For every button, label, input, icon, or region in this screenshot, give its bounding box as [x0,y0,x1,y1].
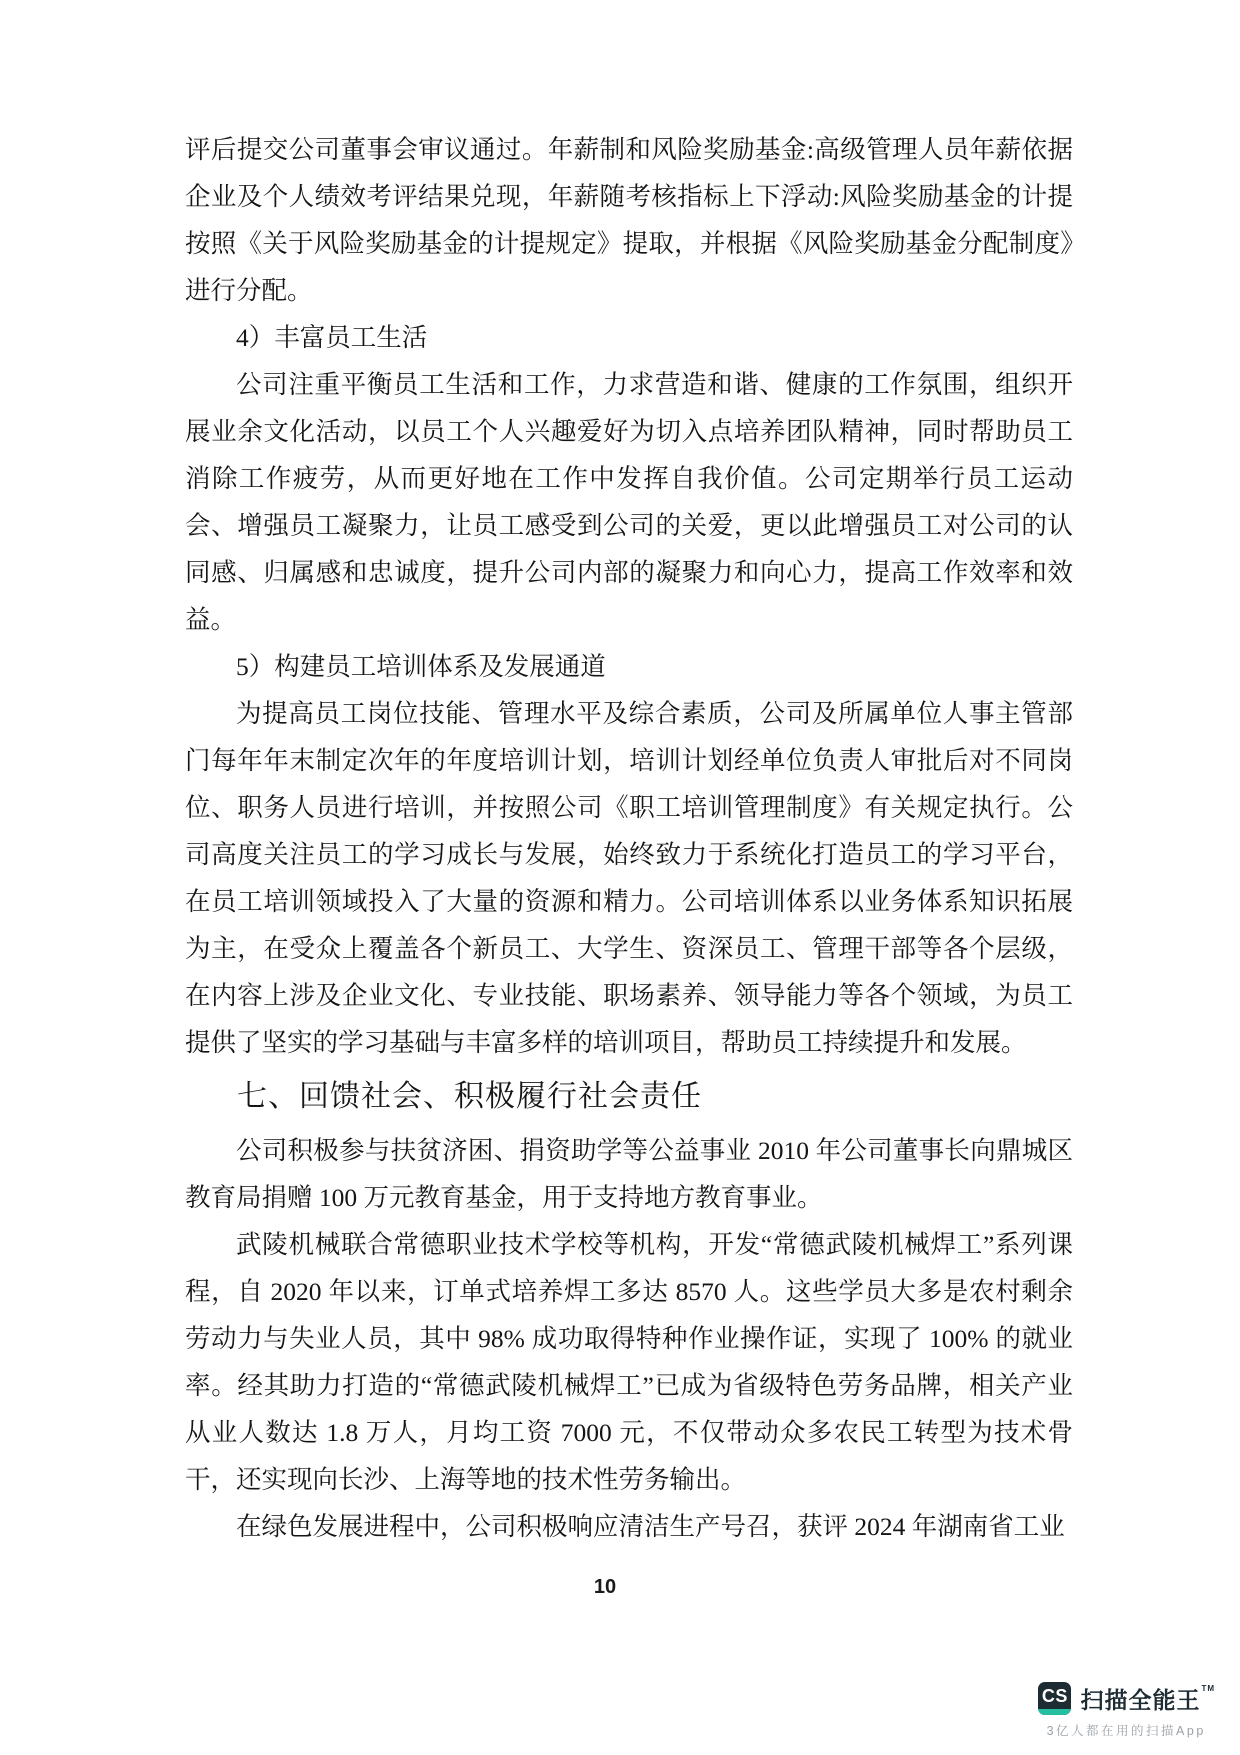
camscanner-badge-icon: CS [1038,1682,1071,1715]
camscanner-badge-teal-strip [1038,1709,1071,1715]
camscanner-watermark: CS 扫描全能王TM 3亿人都在用的扫描App [1038,1682,1214,1739]
scanned-document-page: 评后提交公司董事会审议通过。年薪制和风险奖励基金:高级管理人员年薪依据企业及个人… [0,0,1240,1755]
paragraph-employee-life: 公司注重平衡员工生活和工作，力求营造和谐、健康的工作氛围，组织开展业余文化活动，… [185,361,1073,643]
subheading-4-employee-life: 4）丰富员工生活 [185,314,1073,361]
paragraph-salary-fund-continuation: 评后提交公司董事会审议通过。年薪制和风险奖励基金:高级管理人员年薪依据企业及个人… [185,126,1073,314]
page-number: 10 [0,1576,1210,1599]
camscanner-logo-row: CS 扫描全能王TM [1038,1682,1214,1715]
paragraph-training-system: 为提高员工岗位技能、管理水平及综合素质，公司及所属单位人事主管部门每年年末制定次… [185,690,1073,1066]
paragraph-green-development: 在绿色发展进程中，公司积极响应清洁生产号召，获评 2024 年湖南省工业 [185,1503,1073,1550]
trademark-mark: TM [1201,1684,1215,1693]
camscanner-app-name-text: 扫描全能王 [1080,1687,1200,1713]
subheading-5-training-system: 5）构建员工培训体系及发展通道 [185,643,1073,690]
document-body: 评后提交公司董事会审议通过。年薪制和风险奖励基金:高级管理人员年薪依据企业及个人… [185,126,1073,1550]
camscanner-tagline: 3亿人都在用的扫描App [1047,1721,1206,1739]
camscanner-app-name: 扫描全能王TM [1080,1682,1214,1715]
section-heading-7-social-responsibility: 七、回馈社会、积极履行社会责任 [185,1069,1073,1125]
paragraph-charity-donation: 公司积极参与扶贫济困、捐资助学等公益事业 2010 年公司董事长向鼎城区教育局捐… [185,1127,1073,1221]
camscanner-badge-label: CS [1042,1686,1068,1707]
paragraph-welder-program: 武陵机械联合常德职业技术学校等机构，开发“常德武陵机械焊工”系列课程，自 202… [185,1221,1073,1503]
